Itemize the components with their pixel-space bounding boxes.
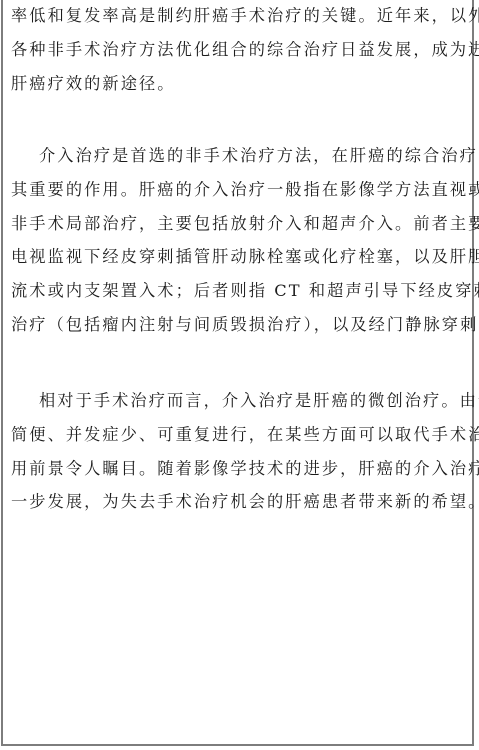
text-line: 电视监视下经皮穿刺插管肝动脉栓塞或化疗栓塞，以及肝胆管减压引 <box>11 240 479 274</box>
text-line: 相对于手术治疗而言，介入治疗是肝癌的微创治疗。由于其操作 <box>11 384 479 418</box>
text-line: 治疗（包括瘤内注射与间质毁损治疗），以及经门静脉穿刺治疗。 <box>11 308 479 342</box>
text-line: 非手术局部治疗，主要包括放射介入和超声介入。前者主要指在 X 线 <box>11 207 479 241</box>
text-line: 流术或内支架置入术；后者则指 CT 和超声引导下经皮穿刺瘤内局部 <box>11 274 479 308</box>
text-line: 率低和复发率高是制约肝癌手术治疗的关键。近年来，以外科治疗与 <box>11 0 479 33</box>
paragraph-outcomes: 率低和复发率高是制约肝癌手术治疗的关键。近年来，以外科治疗与 各种非手术治疗方法… <box>11 0 479 100</box>
paragraph-interventional-therapy: 介入治疗是首选的非手术治疗方法，在肝癌的综合治疗中具有极 其重要的作用。肝癌的介… <box>11 139 479 342</box>
page-frame: 率低和复发率高是制约肝癌手术治疗的关键。近年来，以外科治疗与 各种非手术治疗方法… <box>1 0 474 746</box>
text-line: 简便、并发症少、可重复进行，在某些方面可以取代手术治疗，其应 <box>11 418 479 452</box>
text-line: 用前景令人瞩目。随着影像学技术的进步，肝癌的介入治疗也将会进 <box>11 452 479 486</box>
text-line: 一步发展，为失去手术治疗机会的肝癌患者带来新的希望。 <box>11 485 479 519</box>
text-line: 各种非手术治疗方法优化组合的综合治疗日益发展，成为进一步提高 <box>11 33 479 67</box>
paragraph-minimally-invasive: 相对于手术治疗而言，介入治疗是肝癌的微创治疗。由于其操作 简便、并发症少、可重复… <box>11 384 479 519</box>
text-line: 介入治疗是首选的非手术治疗方法，在肝癌的综合治疗中具有极 <box>11 139 479 173</box>
text-line: 其重要的作用。肝癌的介入治疗一般指在影像学方法直视或引导下的 <box>11 173 479 207</box>
text-line: 肝癌疗效的新途径。 <box>11 67 479 101</box>
